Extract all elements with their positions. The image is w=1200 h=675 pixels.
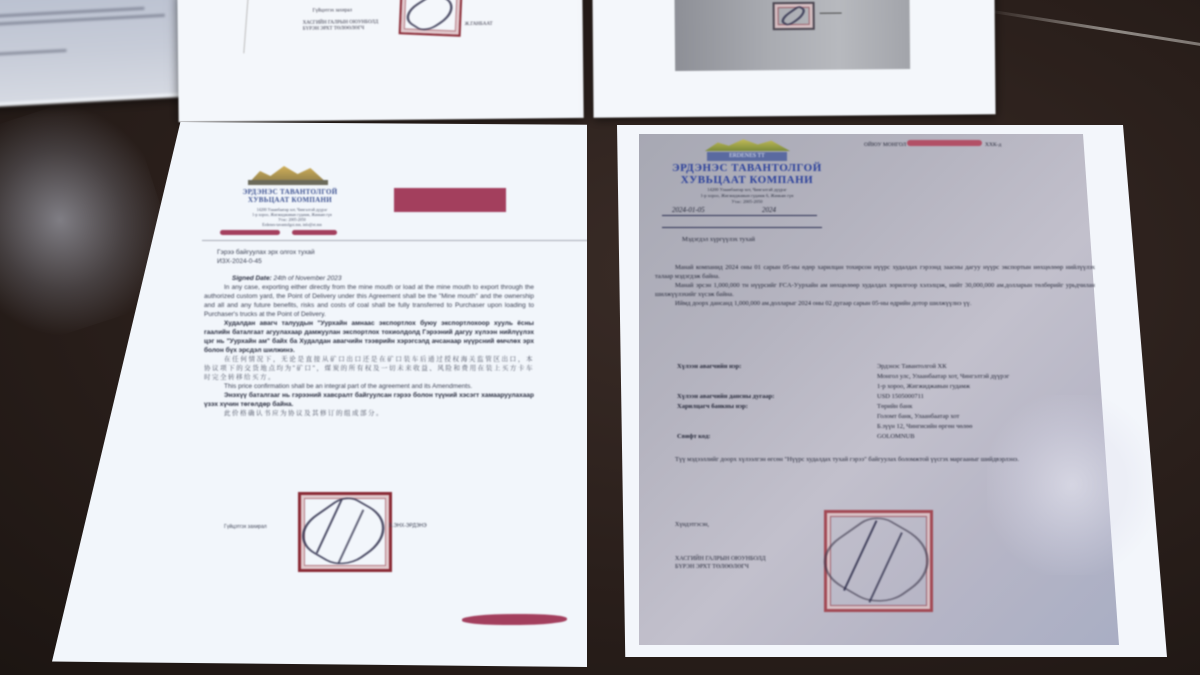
number-value: 2024 bbox=[762, 205, 776, 215]
signer-name: ХАСГИЙН ГАЛРЫН ОЮУНБОЛД bbox=[303, 20, 379, 26]
reference-field-line bbox=[662, 227, 822, 228]
letter-body: Манай компанид 2024 оны 01 сарын 05-ны ө… bbox=[655, 263, 1095, 308]
text-line bbox=[0, 49, 67, 56]
bank-field-value: USD 1505000711 bbox=[877, 392, 924, 402]
agreement-text-block: Signed Date: 24th of November 2023 In an… bbox=[204, 274, 534, 418]
english-closing: This price confirmation shall be an inte… bbox=[204, 382, 534, 391]
subject-line: Мэдэгдэл хүргүүлэх тухай bbox=[682, 235, 755, 245]
company-stamp bbox=[824, 510, 933, 612]
redaction-mark bbox=[907, 140, 982, 146]
bank-field-label: Хүлээн авагчийн нэр: bbox=[677, 362, 741, 372]
company-name-line1: ЭРДЭНЭС ТАВАНТОЛГОЙ bbox=[230, 188, 350, 196]
header-divider bbox=[202, 240, 592, 241]
bank-field-row: Харилцагч банкны нэр:Төрийн банк bbox=[677, 402, 1097, 412]
signature-label: Гүйцэтгэх захирал bbox=[313, 8, 353, 13]
mongolian-closing: Энэхүү баталгааг нь гэрээний хавсралт ба… bbox=[204, 391, 534, 409]
bank-field-value: GOLOMNUB bbox=[877, 432, 915, 442]
company-name-line2: ХУВЬЦААТ КОМПАНИ bbox=[230, 196, 350, 204]
signature-name: Б.ЭНХ-ЭРДЭНЭ bbox=[389, 522, 427, 531]
bank-field-value: Б.зүүн 12, Чингисийн өргөн чөлөө bbox=[877, 422, 972, 432]
bank-field-row: 1-р хороо, Жигжиджавын гудамж bbox=[677, 382, 1097, 392]
signature-suffix: Ж.ГАНБААТ bbox=[465, 22, 493, 27]
company-name-line2: ХУВЬЦААТ КОМПАНИ bbox=[647, 174, 847, 186]
recipient-prefix: ОЙЮУ МОНГОЛ bbox=[864, 140, 906, 150]
logo-bar bbox=[248, 180, 328, 185]
signer-title: БҮРЭН ЭРХТ ТӨЛӨӨЛӨГЧ bbox=[303, 26, 365, 32]
date-value: 2024-01-05 bbox=[672, 205, 705, 215]
bank-field-value: 1-р хороо, Жигжиджавын гудамж bbox=[877, 382, 970, 392]
bank-field-row: Свифт код:GOLOMNUB bbox=[677, 432, 1097, 442]
document-top-left bbox=[0, 0, 192, 107]
redaction-mark bbox=[220, 230, 280, 235]
signature-scribble bbox=[397, 0, 464, 34]
signature-label: Гүйцэтгэх захирал bbox=[224, 523, 267, 532]
company-stamp bbox=[298, 492, 392, 572]
bank-field-value: Монгол улс, Улаанбаатар хот, Чингэлтэй д… bbox=[877, 372, 1009, 382]
redaction-mark bbox=[292, 230, 337, 235]
bank-field-row: Монгол улс, Улаанбаатар хот, Чингэлтэй д… bbox=[677, 372, 1097, 382]
closing-paragraph: Түү мэдээллийг доорх хүлээлгэн өгсөн "Нү… bbox=[655, 455, 1095, 464]
logo-text: ERDENES TT bbox=[707, 152, 787, 161]
bank-field-label: Харилцагч банкны нэр: bbox=[677, 402, 748, 412]
bank-field-label: Свифт код: bbox=[677, 432, 710, 442]
mongolian-paragraph: Худалдан авагч талуудын "Уурхайн амнаас … bbox=[204, 319, 534, 355]
paragraph-3: Иймд доорх дансанд 1,000,000 ам.долларыг… bbox=[655, 299, 1095, 308]
bank-field-value: Голомт банк, Улаанбаатар хот bbox=[877, 412, 959, 422]
redaction-mark bbox=[462, 614, 567, 625]
table-edge bbox=[980, 8, 1200, 52]
document-top-right bbox=[592, 0, 995, 118]
bank-field-row: Голомт банк, Улаанбаатар хот bbox=[677, 412, 1097, 422]
document-notice-letter: ERDENES TT ЭРДЭНЭС ТАВАНТОЛГОЙ ХУВЬЦААТ … bbox=[617, 125, 1167, 657]
company-stamp bbox=[399, 0, 463, 37]
company-name-line1: ЭРДЭНЭС ТАВАНТОЛГОЙ bbox=[647, 162, 847, 174]
signature-scribble bbox=[777, 5, 810, 27]
document-top-middle: Гүйцэтгэх захирал ХАСГИЙН ГАЛРЫН ОЮУНБОЛ… bbox=[177, 0, 583, 122]
bank-field-row: Хүлээн авагчийн дансны дугаар:USD 150500… bbox=[677, 392, 1097, 402]
redaction-block bbox=[394, 188, 506, 212]
paragraph-2: Манай эрсэн 1,000,000 тн нүүрсийг FCA-Уу… bbox=[655, 281, 1095, 299]
english-paragraph: In any case, exporting either directly f… bbox=[204, 283, 534, 319]
scanned-region bbox=[674, 0, 910, 71]
signer-title: БҮРЭН ЭРХТ ТӨЛӨӨЛӨГЧ bbox=[675, 563, 749, 571]
address-line: Erdenes-tavantolgoi.mn, info@et.mn bbox=[217, 222, 367, 227]
paragraph-1: Манай компанид 2024 оны 01 сарын 05-ны ө… bbox=[655, 263, 1095, 281]
chinese-paragraph: 在任何情况下，无论是直接从矿口出口还是在矿口装车后通过授权海关监管区出口，本协议… bbox=[204, 355, 534, 382]
bank-details-table: Хүлээн авагчийн нэр:Эрдэнэс Тавантолгой … bbox=[677, 362, 1097, 442]
reference-number: ИЗХ-2024-0-45 bbox=[217, 257, 517, 266]
fold-line bbox=[243, 0, 249, 53]
bank-field-value: Төрийн банк bbox=[877, 402, 912, 412]
recipient-suffix: ХХК-д bbox=[985, 140, 1001, 150]
bank-field-row: Хүлээн авагчийн нэр:Эрдэнэс Тавантолгой … bbox=[677, 362, 1097, 372]
bank-field-value: Эрдэнэс Тавантолгой ХК bbox=[877, 362, 947, 372]
date-field-line bbox=[662, 215, 817, 216]
regards-label: Хүндэтгэсэн, bbox=[675, 520, 709, 530]
chinese-closing: 此价格确认书应为协议及其修订的组成部分。 bbox=[204, 409, 534, 418]
signed-date-row: Signed Date: 24th of November 2023 bbox=[204, 274, 534, 283]
subject-line: Гэрээ байгуулах эрх олгох тухай bbox=[217, 248, 517, 257]
signer-name: ХАСГИЙН ГАЛРЫН ОЮУНБОЛД bbox=[675, 555, 766, 563]
stamp bbox=[773, 2, 815, 30]
bank-field-row: Б.зүүн 12, Чингисийн өргөн чөлөө bbox=[677, 422, 1097, 432]
bank-field-label: Хүлээн авагчийн дансны дугаар: bbox=[677, 392, 774, 402]
signature-line bbox=[820, 13, 842, 14]
